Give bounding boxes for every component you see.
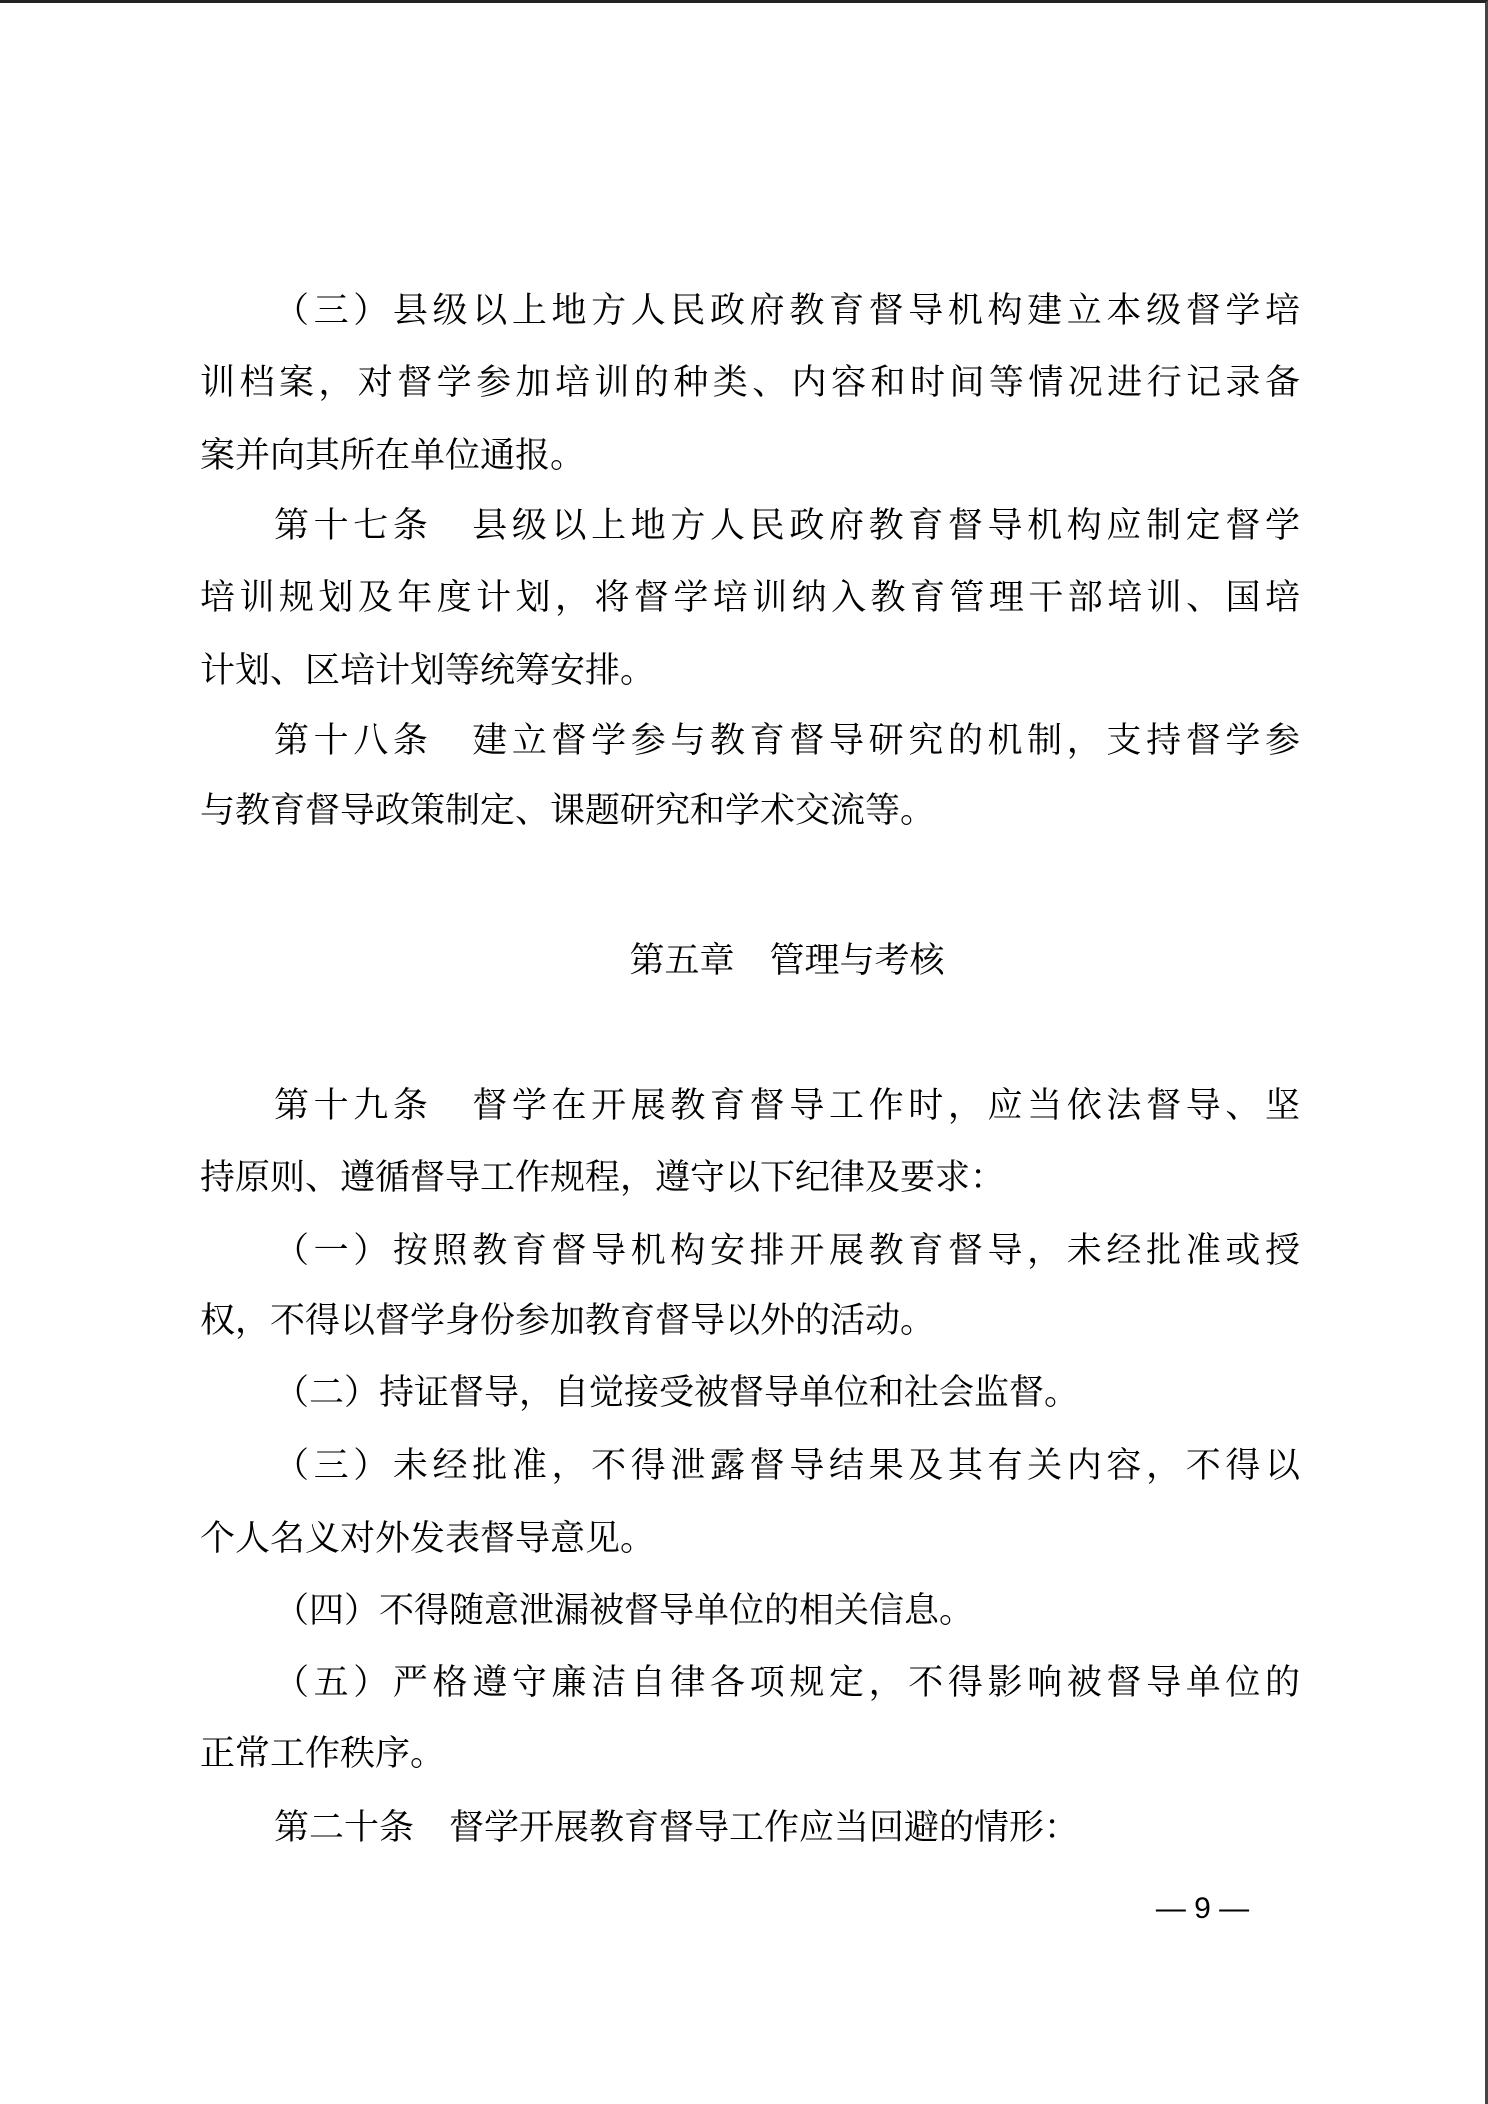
article-17-line-3: 计划、区培计划等统筹安排。: [200, 647, 1300, 695]
paragraph-item-3-line-2: 训档案，对督学参加培训的种类、内容和时间等情况进行记录备: [200, 359, 1300, 407]
page-number: — 9 —: [1130, 1887, 1275, 1931]
article-19-item-5-line-1: （五）严格遵守廉洁自律各项规定，不得影响被督导单位的: [274, 1659, 1300, 1707]
article-19-item-4: （四）不得随意泄漏被督导单位的相关信息。: [274, 1587, 1300, 1635]
article-19-line-2: 持原则、遵循督导工作规程，遵守以下纪律及要求：: [200, 1154, 1300, 1202]
article-17-line-1: 第十七条 县级以上地方人民政府教育督导机构应制定督学: [274, 502, 1300, 550]
article-19-item-1-line-1: （一）按照教育督导机构安排开展教育督导，未经批准或授: [274, 1227, 1300, 1275]
article-17-line-2: 培训规划及年度计划，将督学培训纳入教育管理干部培训、国培: [200, 574, 1300, 622]
document-page: （三）县级以上地方人民政府教育督导机构建立本级督学培 训档案，对督学参加培训的种…: [0, 0, 1488, 2104]
article-20-line-1: 第二十条 督学开展教育督导工作应当回避的情形：: [274, 1804, 1300, 1852]
paragraph-item-3-line-3: 案并向其所在单位通报。: [200, 432, 1300, 480]
paragraph-item-3-line-1: （三）县级以上地方人民政府教育督导机构建立本级督学培: [274, 287, 1300, 335]
article-19-item-1-line-2: 权，不得以督学身份参加教育督导以外的活动。: [200, 1297, 1300, 1345]
article-19-item-3-line-2: 个人名义对外发表督导意见。: [200, 1515, 1300, 1563]
article-19-item-2: （二）持证督导，自觉接受被督导单位和社会监督。: [274, 1369, 1300, 1417]
article-19-item-5-line-2: 正常工作秩序。: [200, 1730, 1300, 1778]
article-19-line-1: 第十九条 督学在开展教育督导工作时，应当依法督导、坚: [274, 1082, 1300, 1130]
article-19-item-3-line-1: （三）未经批准，不得泄露督导结果及其有关内容，不得以: [274, 1442, 1300, 1490]
article-18-line-2: 与教育督导政策制定、课题研究和学术交流等。: [200, 787, 1300, 835]
article-18-line-1: 第十八条 建立督学参与教育督导研究的机制，支持督学参: [274, 717, 1300, 765]
chapter-heading: 第五章 管理与考核: [274, 936, 1300, 986]
